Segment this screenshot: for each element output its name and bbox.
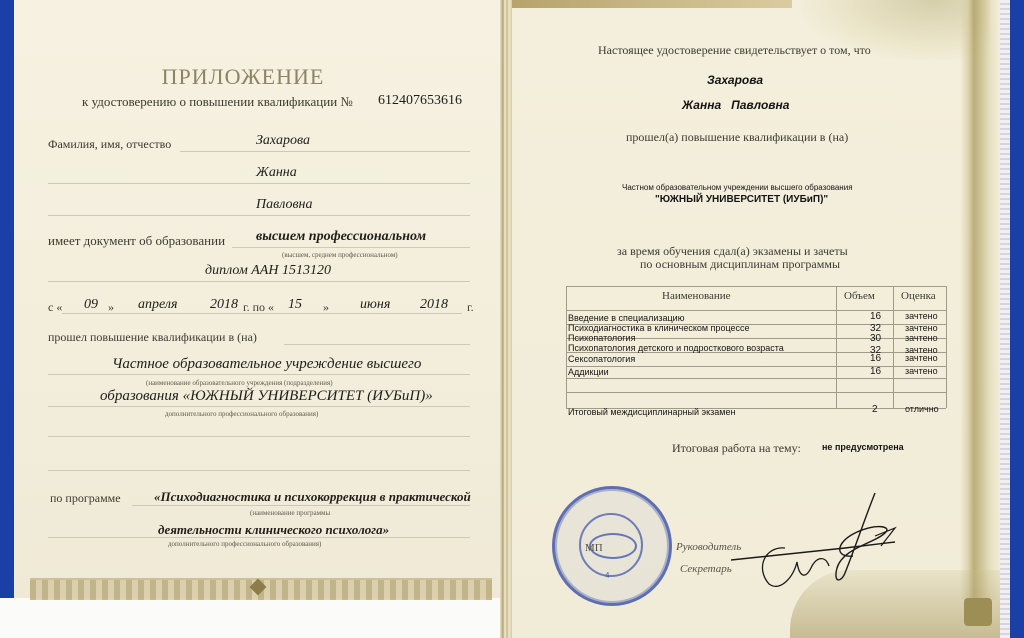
field-line [48, 436, 470, 437]
subtitle: к удостоверению о повышении квалификации… [82, 94, 353, 110]
final-exam-name: Итоговый междисциплинарный экзамен [568, 407, 735, 417]
date-to-year: 2018 [420, 297, 448, 313]
table-cell-grade: зачтено [905, 333, 938, 343]
table-grid-line [566, 286, 946, 287]
field-line [232, 247, 470, 248]
date-from-day: 09 [84, 297, 98, 313]
decorative-right-border [960, 0, 1000, 600]
table-cell-name: Психопатология детского и подросткового … [568, 343, 784, 353]
document-title: ПРИЛОЖЕНИЕ [0, 64, 486, 90]
table-cell-name: Введение в специализацию [568, 313, 684, 323]
page-spine [500, 0, 512, 638]
fio-label: Фамилия, имя, отчество [48, 137, 171, 152]
certificate-number: 612407653616 [378, 93, 462, 109]
education-hint: (высшем, среднем профессиональном) [282, 251, 398, 259]
field-line [48, 537, 470, 538]
table-cell-grade: зачтено [905, 311, 938, 321]
table-grid-line [566, 378, 946, 379]
education-value: высшем профессиональном [256, 229, 426, 245]
surname: Захарова [256, 133, 310, 149]
program-hint-2: дополнительного профессионального образо… [168, 540, 321, 548]
program-label: по программе [50, 491, 121, 506]
table-header-hours: Объем [844, 290, 875, 302]
table-cell-name: Сексопатология [568, 354, 635, 364]
table-cell-hours: 16 [870, 353, 881, 364]
table-cell-grade: зачтено [905, 353, 938, 363]
decorative-top-border [512, 0, 792, 8]
field-line [62, 313, 462, 314]
institution-hint-2: дополнительного профессионального образо… [165, 410, 318, 418]
field-line [48, 374, 470, 375]
first-name: Жанна [256, 165, 297, 181]
name-patronymic-right: Жанна Павловна [682, 98, 789, 112]
folder-cover-right [1010, 0, 1024, 638]
field-line [48, 281, 470, 282]
institution-right-1: Частном образовательном учреждении высше… [622, 183, 853, 192]
table-grid-line [566, 366, 946, 367]
table-grid-line [946, 286, 947, 408]
intro-text: Настоящее удостоверение свидетельствует … [598, 43, 871, 58]
background-surface [0, 598, 500, 638]
education-label: имеет документ об образовании [48, 233, 225, 249]
signature-icon [725, 488, 905, 598]
institution-right-2: "ЮЖНЫЙ УНИВЕРСИТЕТ (ИУБиП)" [655, 194, 828, 205]
folder-lace-edge [1000, 0, 1010, 638]
field-line [180, 151, 470, 152]
institution-hint-1: (наименование образовательного учреждени… [146, 379, 333, 387]
table-cell-name: Психодиагностика в клиническом процессе [568, 323, 750, 333]
date-from-prefix: с « [48, 300, 62, 315]
program-line-2: деятельности клинического психолога» [158, 522, 389, 538]
date-from-year: 2018 [210, 297, 238, 313]
field-line [132, 505, 470, 506]
field-line [284, 344, 470, 345]
table-grid-line [566, 392, 946, 393]
date-to-month: июня [360, 297, 390, 313]
passed-label: прошел повышение квалификации в (на) [48, 330, 257, 345]
table-grid-line [566, 286, 567, 408]
patronymic: Павловна [256, 197, 313, 213]
final-work-label: Итоговая работа на тему: [672, 441, 801, 456]
field-line [48, 470, 470, 471]
table-grid-line [893, 286, 894, 408]
table-cell-name: Психопатология [568, 333, 635, 343]
passed-text: прошел(а) повышение квалификации в (на) [626, 130, 848, 145]
table-cell-hours: 16 [870, 366, 881, 377]
institution-line-2: образования «ЮЖНЫЙ УНИВЕРСИТЕТ (ИУБиП)» [100, 388, 433, 405]
table-cell-grade: зачтено [905, 323, 938, 333]
table-cell-hours: 16 [870, 311, 881, 322]
table-grid-line [836, 286, 837, 408]
table-cell-grade: зачтено [905, 366, 938, 376]
exams-line-2: по основным дисциплинам программы [640, 257, 840, 272]
stamp-label: МП [585, 542, 603, 554]
official-stamp: 4 [552, 486, 672, 606]
date-from-month: апреля [138, 297, 177, 313]
final-exam-hours: 2 [872, 404, 878, 415]
diploma-number: диплом ААН 1513120 [205, 263, 331, 279]
final-work-value: не предусмотрена [822, 442, 904, 452]
secretary-label: Секретарь [680, 563, 732, 575]
table-grid-line [566, 310, 946, 311]
program-hint-1: (наименование программы [250, 509, 330, 517]
final-exam-grade: отлично [905, 404, 939, 414]
field-line [48, 183, 470, 184]
stamp-number: 4 [605, 571, 609, 580]
table-header-name: Наименование [662, 290, 731, 302]
field-line [48, 215, 470, 216]
date-to-day: 15 [288, 297, 302, 313]
institution-line-1: Частное образовательное учреждение высше… [112, 356, 421, 373]
date-suffix: г. [467, 300, 474, 315]
program-line-1: «Психодиагностика и психокоррекция в пра… [154, 489, 471, 505]
table-cell-name: Аддикции [568, 367, 609, 377]
surname-right: Захарова [707, 73, 763, 87]
field-line [48, 406, 470, 407]
table-header-grade: Оценка [901, 290, 936, 302]
table-cell-hours: 30 [870, 333, 881, 344]
corner-ornament-icon [964, 598, 992, 626]
